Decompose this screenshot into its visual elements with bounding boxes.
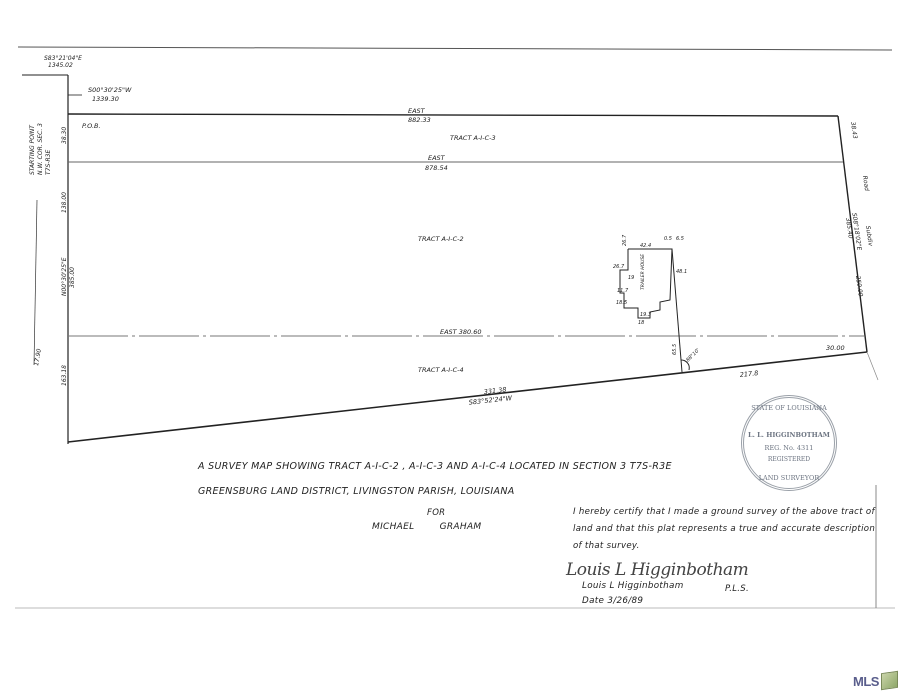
survey-title-line-1: A SURVEY MAP SHOWING TRACT A-I-C-2 , A-I…: [198, 461, 672, 472]
svg-text:48.1: 48.1: [676, 269, 687, 275]
svg-text:Road: Road: [861, 175, 870, 191]
svg-text:385.00: 385.00: [69, 267, 76, 288]
north-boundary: [68, 114, 838, 116]
surveyor-seal-stamp: STATE OF LOUISIANA L. L. HIGGINBOTHAM RE…: [741, 395, 837, 491]
svg-text:0.5: 0.5: [664, 236, 672, 242]
svg-text:26.7: 26.7: [622, 234, 628, 246]
trailer-house-outline: [620, 249, 672, 318]
svg-text:38.43: 38.43: [849, 121, 858, 139]
svg-text:65.5: 65.5: [672, 344, 678, 355]
svg-text:88°10': 88°10': [685, 347, 701, 363]
svg-text:138.00: 138.00: [61, 192, 68, 213]
svg-text:S00°30'25"W: S00°30'25"W: [88, 86, 132, 94]
tract-label-a-1-c-2: TRACT A-I-C-2: [418, 235, 464, 243]
svg-text:EAST: EAST: [408, 107, 426, 115]
svg-text:19: 19: [628, 275, 634, 281]
svg-text:30.00: 30.00: [826, 344, 845, 352]
svg-text:TRAILER HOUSE: TRAILER HOUSE: [640, 254, 646, 290]
for-label: FOR: [427, 508, 445, 518]
mls-watermark-logo: MLS: [853, 674, 879, 689]
seal-type: REGISTERED: [744, 456, 834, 463]
svg-text:26.7: 26.7: [613, 264, 625, 270]
survey-date: Date 3/26/89: [582, 596, 643, 606]
svg-text:EAST: EAST: [428, 154, 446, 162]
seal-top-text: STATE OF LOUISIANA: [744, 404, 834, 412]
svg-text:217.8: 217.8: [739, 369, 758, 379]
svg-text:882.33: 882.33: [408, 116, 431, 124]
svg-text:878.54: 878.54: [425, 164, 448, 172]
client-name: MICHAEL GRAHAM: [372, 522, 481, 532]
svg-text:EAST 380.60: EAST 380.60: [440, 328, 481, 336]
mls-cube-icon: [881, 671, 898, 690]
seal-reg: REG. No. 4311: [744, 444, 834, 452]
svg-text:11.7: 11.7: [617, 288, 629, 294]
svg-text:Subdiv: Subdiv: [864, 225, 874, 247]
svg-text:18: 18: [638, 320, 644, 326]
svg-text:250.00: 250.00: [854, 275, 864, 297]
surveyor-credential: P.L.S.: [725, 584, 749, 594]
svg-text:N00°30'25"E: N00°30'25"E: [61, 257, 68, 296]
svg-text:42.4: 42.4: [640, 243, 651, 249]
svg-text:1339.30: 1339.30: [92, 95, 119, 103]
surveyor-name: Louis L Higginbotham: [582, 581, 684, 591]
seal-bottom-text: LAND SURVEYOR: [744, 474, 834, 482]
survey-map: S83°21'04"E 1345.02 S00°30'25"W 1339.30 …: [0, 0, 900, 696]
svg-text:6.5: 6.5: [676, 236, 684, 242]
svg-text:1345.02: 1345.02: [48, 62, 73, 69]
seal-name: L. L. HIGGINBOTHAM: [744, 431, 834, 439]
tract-label-a-1-c-3: TRACT A-I-C-3: [450, 134, 496, 142]
svg-text:18.5: 18.5: [616, 300, 627, 306]
svg-text:N.W. COR. SEC. 3: N.W. COR. SEC. 3: [37, 123, 44, 175]
svg-text:P.O.B.: P.O.B.: [82, 122, 101, 130]
svg-text:38.30: 38.30: [61, 127, 68, 144]
svg-text:19.3: 19.3: [640, 312, 651, 318]
survey-title-line-2: GREENSBURG LAND DISTRICT, LIVINGSTON PAR…: [198, 486, 515, 497]
svg-text:T7S-R3E: T7S-R3E: [45, 150, 52, 175]
frame-top-line: [18, 47, 892, 50]
svg-text:163.18: 163.18: [61, 365, 68, 386]
tract-label-a-1-c-4: TRACT A-I-C-4: [418, 366, 464, 374]
svg-text:S83°21'04"E: S83°21'04"E: [44, 55, 82, 62]
certification-statement: I hereby certify that I made a ground su…: [573, 504, 883, 555]
svg-text:STARTING POINT: STARTING POINT: [29, 124, 36, 175]
surveyor-signature: Louis L Higginbotham: [566, 560, 748, 580]
